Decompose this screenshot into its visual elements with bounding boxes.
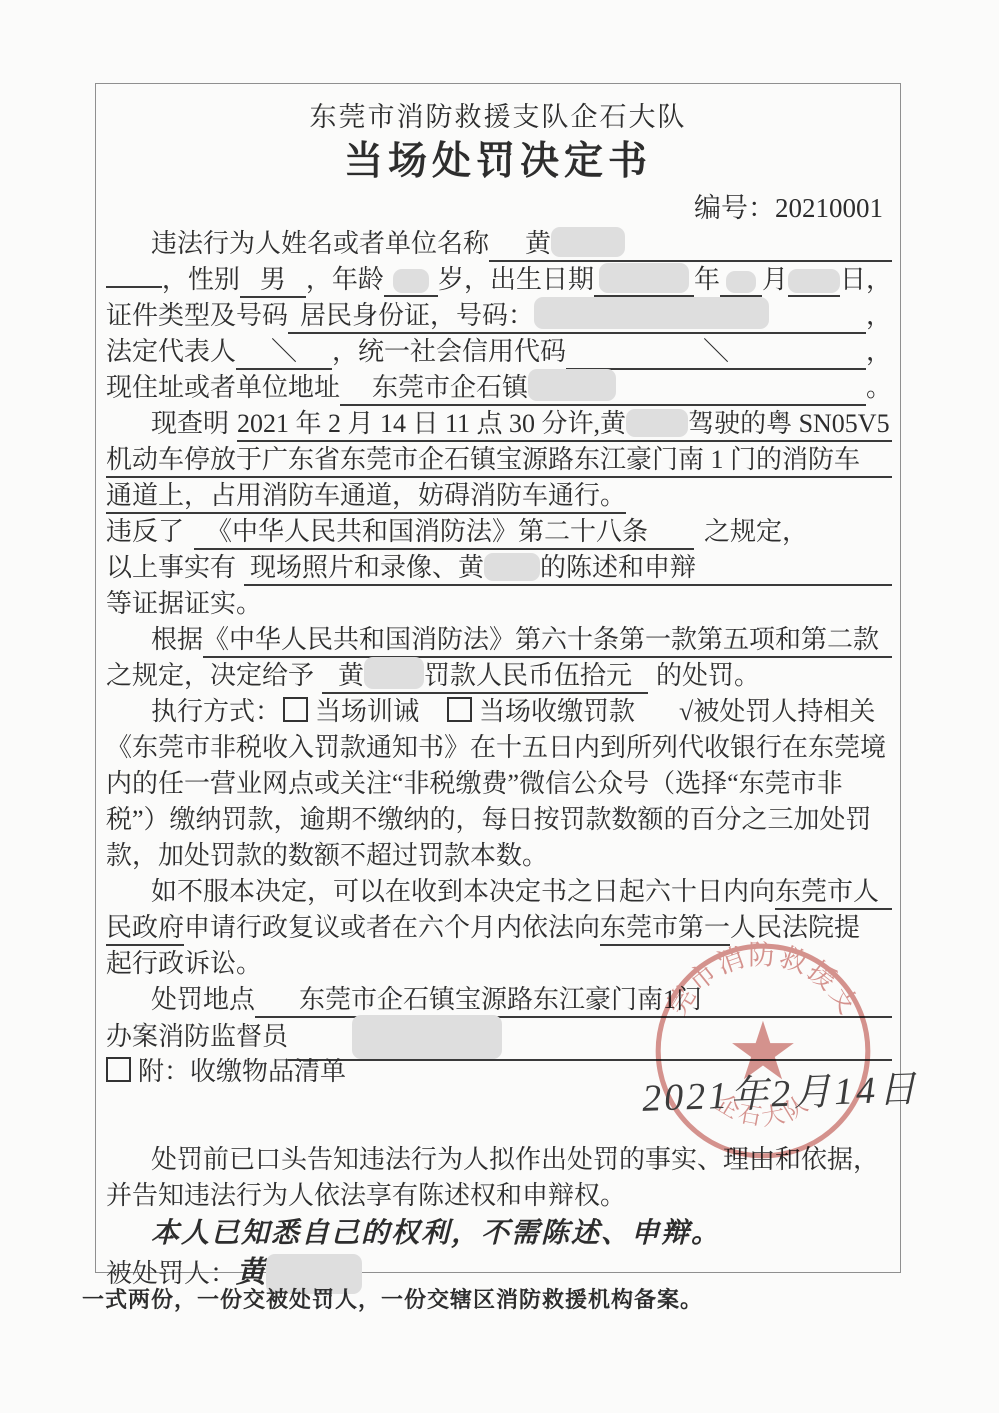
redaction: [484, 553, 540, 581]
violation-label: 违反了: [106, 511, 184, 548]
redaction: [599, 263, 689, 293]
violation-tail: 之规定，: [704, 511, 808, 548]
payment-line-1: 《东莞市非税收入罚款通知书》在十五日内到所列代收银行在东莞境: [106, 727, 892, 763]
id-field: 居民身份证，号码：: [288, 295, 866, 334]
address-field: 东莞市企石镇: [340, 367, 866, 406]
basis-line: 根据 《中华人民共和国消防法》第六十条第一款第五项和第二款: [106, 619, 892, 655]
execution-label: 执行方式：: [151, 691, 281, 728]
evidence-value-b: 的陈述和申辩: [540, 553, 696, 582]
day-label: 日，: [840, 259, 892, 296]
fact-value-1a: 2021 年 2 月 14 日 11 点 30 分许,黄: [237, 409, 626, 438]
address-tail: 。: [866, 367, 892, 404]
payment-line-3: 税”）缴纳罚款，逾期不缴纳的，每日按罚款数额的百分之三加处罚: [106, 799, 892, 835]
credit-code-tail: ，: [866, 331, 892, 368]
decision-value-b: 罚款人民币伍拾元: [424, 661, 632, 690]
gender-age-birth-line: ，性别 男 ，年龄 岁，出生日期 年 月 日，: [106, 259, 892, 295]
id-tail: ，: [866, 295, 892, 332]
legal-rep-value: ＼: [271, 337, 297, 366]
basis-value: 《中华人民共和国消防法》第六十条第一款第五项和第二款: [203, 619, 892, 658]
redaction: [626, 409, 688, 437]
document-number-value: 20210001: [775, 193, 883, 223]
id-line: 证件类型及号码 居民身份证，号码： ，: [106, 295, 892, 331]
payment-line-4: 款，加处罚款的数额不超过罚款本数。: [106, 835, 892, 871]
redaction: [551, 227, 625, 257]
execution-option-1: 当场训诫: [315, 691, 419, 728]
fact-value-1b: 驾驶的粤 SN05V5: [688, 409, 890, 438]
penalty-place-label: 处罚地点: [151, 979, 255, 1016]
gender-value: 男: [260, 265, 286, 294]
fact-value-3: 通道上，占用消防车通道，妨碍消防车通行。: [106, 475, 626, 514]
basis-label: 根据: [151, 619, 203, 656]
official-seal: 东莞市消防救援支队 企石大队 ★: [636, 926, 890, 1180]
redaction: [534, 297, 769, 329]
payment-line-2: 内的任一营业网点或关注“非税缴费”微信公众号（选择“东莞市非: [106, 763, 892, 799]
checkbox-icon: [283, 697, 308, 722]
checkbox-icon: [106, 1057, 131, 1082]
birth-year-field: [594, 263, 694, 297]
fact-field-1: 2021 年 2 月 14 日 11 点 30 分许,黄驾驶的粤 SN05V5: [237, 403, 892, 442]
age-unit: 岁，出生日期: [438, 259, 594, 296]
legal-rep-line: 法定代表人 ＼ ，统一社会信用代码 ＼ ，: [106, 331, 892, 367]
attachment-label: 附：收缴物品清单: [138, 1051, 346, 1088]
evidence-tail-line: 等证据证实。: [106, 583, 892, 619]
redaction: [364, 657, 424, 689]
gender-field: 男: [240, 259, 306, 298]
fact-line-1: 现查明 2021 年 2 月 14 日 11 点 30 分许,黄驾驶的粤 SN0…: [106, 403, 892, 439]
offender-name-field: 黄: [489, 223, 892, 262]
evidence-tail: 等证据证实。: [106, 583, 262, 620]
appeal-text-1a: 如不服本决定，可以在收到本决定书之日起六十日内向: [151, 871, 775, 908]
checkmark-icon: √: [679, 697, 693, 727]
fact-label: 现查明: [151, 403, 229, 440]
appeal-text-2b: 申请行政复议或者在六个月内依法向: [184, 907, 600, 944]
checkbox-icon: [447, 697, 472, 722]
appeal-underline-2a: 民政府: [106, 907, 184, 946]
redaction: [788, 269, 840, 293]
legal-rep-field: ＼: [236, 331, 332, 370]
notice-line-2: 并告知违法行为人依法享有陈述权和申辩权。: [106, 1175, 892, 1211]
issuing-authority: 东莞市消防救援支队企石大队: [95, 95, 901, 134]
age-label: ，年龄: [306, 259, 384, 296]
offender-name-value: 黄: [525, 229, 551, 258]
decision-tail: 的处罚。: [656, 655, 760, 692]
execution-option-2: 当场收缴罚款: [479, 691, 635, 728]
appeal-line-1: 如不服本决定，可以在收到本决定书之日起六十日内向 东莞市人: [106, 871, 892, 907]
decision-value-a: 黄: [338, 661, 364, 690]
violation-value: 《中华人民共和国消防法》第二十八条: [206, 517, 648, 546]
violation-line: 违反了 《中华人民共和国消防法》第二十八条 之规定，: [106, 511, 892, 547]
evidence-field: 现场照片和录像、黄的陈述和申辩: [244, 547, 892, 586]
redaction: [726, 271, 756, 293]
redaction: [528, 369, 616, 401]
legal-rep-label: 法定代表人: [106, 331, 236, 368]
blank-field: [106, 286, 162, 288]
acknowledgement-handwritten: 本人已知悉自己的权利，不需陈述、申辩。: [106, 1211, 892, 1247]
birth-day-field: [788, 265, 840, 297]
offender-name-label: 违法行为人姓名或者单位名称: [151, 223, 489, 260]
handwritten-date: 2021年2月14日: [641, 1057, 920, 1122]
document-number-line: 编号：20210001: [95, 186, 883, 225]
evidence-line: 以上事实有 现场照片和录像、黄的陈述和申辩: [106, 547, 892, 583]
month-label: 月: [762, 259, 788, 296]
credit-code-label: ，统一社会信用代码: [332, 331, 566, 368]
redaction: [352, 1015, 502, 1059]
id-value: 居民身份证，号码：: [300, 301, 534, 330]
violation-field: 《中华人民共和国消防法》第二十八条: [194, 511, 694, 550]
seal-arc-text: 东莞市消防救援支队: [636, 926, 865, 1021]
appeal-underline-1b: 东莞市人: [775, 871, 892, 910]
decision-label: 之规定，决定给予: [106, 655, 314, 692]
address-line: 现住址或者单位地址 东莞市企石镇 。: [106, 367, 892, 403]
address-value: 东莞市企石镇: [372, 373, 528, 402]
credit-code-value: ＼: [703, 337, 729, 366]
document-title: 当场处罚决定书: [95, 130, 901, 186]
fact-line-3: 通道上，占用消防车通道，妨碍消防车通行。: [106, 475, 892, 511]
evidence-value-a: 现场照片和录像、黄: [250, 553, 484, 582]
execution-option-3: 被处罚人持相关: [693, 691, 875, 728]
execution-line: 执行方式： 当场训诫 当场收缴罚款 √ 被处罚人持相关: [106, 691, 892, 727]
fact-line-2: 机动车停放于广东省东莞市企石镇宝源路东江豪门南 1 门的消防车: [106, 439, 892, 475]
footnote: 一式两份，一份交被处罚人，一份交辖区消防救援机构备案。: [82, 1283, 703, 1314]
offender-name-line: 违法行为人姓名或者单位名称 黄: [106, 223, 892, 259]
evidence-label: 以上事实有: [106, 547, 236, 584]
age-field: [384, 265, 438, 297]
fact-value-2: 机动车停放于广东省东莞市企石镇宝源路东江豪门南 1 门的消防车: [106, 439, 892, 478]
decision-line: 之规定，决定给予 黄罚款人民币伍拾元 的处罚。: [106, 655, 892, 691]
year-label: 年: [694, 259, 720, 296]
birth-month-field: [720, 265, 762, 297]
punished-person-line: 被处罚人： 黄: [106, 1247, 892, 1283]
scanned-penalty-decision-document: 东莞市消防救援支队企石大队 当场处罚决定书 编号：20210001 违法行为人姓…: [0, 0, 999, 1413]
officer-label: 办案消防监督员: [106, 1016, 288, 1053]
gender-label: ，性别: [162, 259, 240, 296]
decision-field: 黄罚款人民币伍拾元: [322, 655, 648, 694]
id-label: 证件类型及号码: [106, 295, 288, 332]
address-label: 现住址或者单位地址: [106, 367, 340, 404]
credit-code-field: ＼: [566, 331, 866, 370]
redaction: [393, 269, 429, 293]
document-number-label: 编号：: [694, 193, 775, 223]
